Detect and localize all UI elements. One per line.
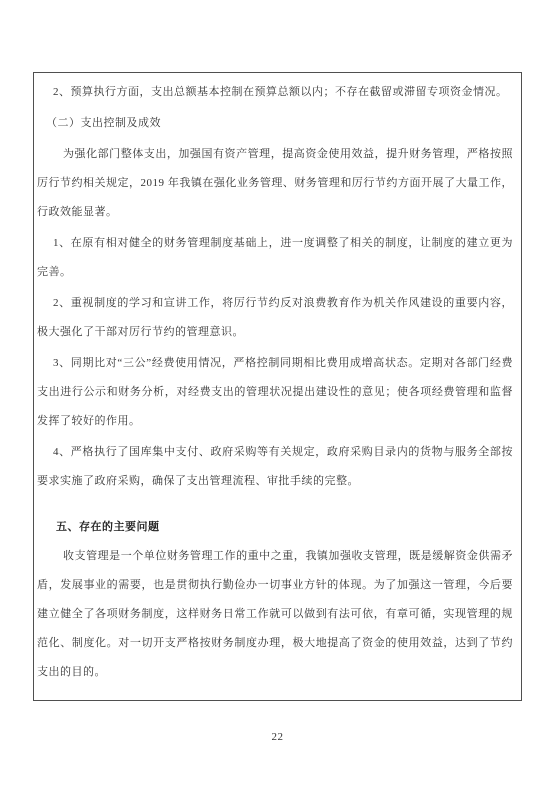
paragraph: 为强化部门整体支出，加强国有资产管理，提高资金使用效益，提升财务管理，严格按照厉…: [37, 140, 513, 227]
numbered-paragraph: 1、在原有相对健全的财务管理制度基础上，进一度调整了相关的制度，让制度的建立更为…: [37, 229, 513, 287]
paragraph: 收支管理是一个单位财务管理工作的重中之重，我镇加强收支管理，既是缓解资金供需矛盾…: [37, 542, 513, 687]
document-page: 2、预算执行方面，支出总额基本控制在预算总额以内；不存在截留或滞留专项资金情况。…: [0, 0, 555, 785]
document-body: 2、预算执行方面，支出总额基本控制在预算总额以内；不存在截留或滞留专项资金情况。…: [37, 78, 513, 701]
section-heading: 五、存在的主要问题: [37, 514, 513, 540]
subsection-heading: （二）支出控制及成效: [37, 109, 513, 138]
numbered-paragraph: 2、预算执行方面，支出总额基本控制在预算总额以内；不存在截留或滞留专项资金情况。: [37, 78, 513, 107]
numbered-paragraph: 4、严格执行了国库集中支付、政府采购等有关规定，政府采购目录内的货物与服务全部按…: [37, 438, 513, 496]
numbered-paragraph: 3、同期比对“三公”经费使用情况，严格控制同期相比费用成增高状态。定期对各部门经…: [37, 349, 513, 436]
document-table-cell: 2、预算执行方面，支出总额基本控制在预算总额以内；不存在截留或滞留专项资金情况。…: [33, 72, 522, 701]
page-number: 22: [0, 731, 555, 743]
numbered-paragraph: 2、重视制度的学习和宣讲工作，将厉行节约反对浪费教育作为机关作风建设的重要内容，…: [37, 289, 513, 347]
